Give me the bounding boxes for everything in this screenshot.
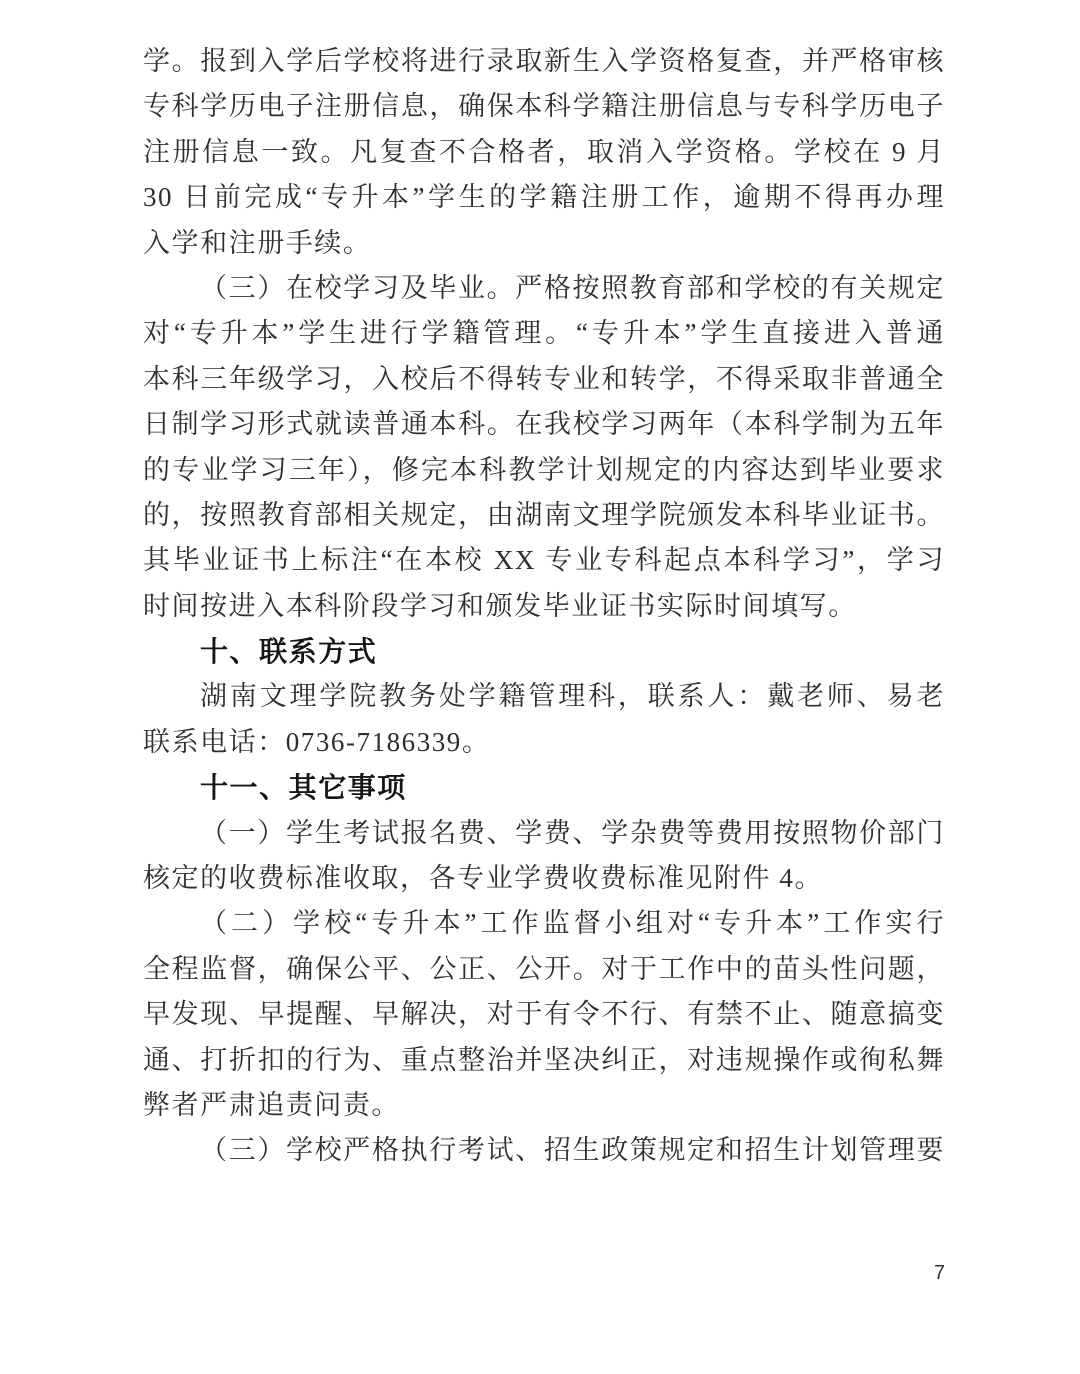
text-line: 其毕业证书上标注“在本校 XX 专业专科起点本科学习”，学习 [143, 538, 945, 583]
text-line: 本科三年级学习，入校后不得转专业和转学，不得采取非普通全 [143, 357, 945, 402]
text-line: 对“专升本”学生进行学籍管理。“专升本”学生直接进入普通 [143, 311, 945, 356]
text-line: （二）学校“专升本”工作监督小组对“专升本”工作实行 [143, 901, 945, 946]
text-line: 全程监督，确保公平、公正、公开。对于工作中的苗头性问题， [143, 947, 945, 992]
text-line: 的，按照教育部相关规定，由湖南文理学院颁发本科毕业证书。 [143, 493, 945, 538]
text-line: （三）学校严格执行考试、招生政策规定和招生计划管理要 [143, 1128, 945, 1173]
text-line: 湖南文理学院教务处学籍管理科，联系人：戴老师、易老师， [143, 674, 945, 719]
text-line: 注册信息一致。凡复查不合格者，取消入学资格。学校在 9 月 [143, 130, 945, 175]
section-heading: 十一、其它事项 [143, 765, 945, 810]
text-line: 30 日前完成“专升本”学生的学籍注册工作，逾期不得再办理 [143, 175, 945, 220]
text-line: 专科学历电子注册信息，确保本科学籍注册信息与专科学历电子 [143, 84, 945, 129]
text-line: 联系电话：0736-7186339。 [143, 720, 945, 765]
text-line: （一）学生考试报名费、学费、学杂费等费用按照物价部门 [143, 811, 945, 856]
text-line: 通、打折扣的行为、重点整治并坚决纠正，对违规操作或徇私舞 [143, 1038, 945, 1083]
text-line: 日制学习形式就读普通本科。在我校学习两年（本科学制为五年 [143, 402, 945, 447]
text-line: 弊者严肃追责问责。 [143, 1083, 945, 1128]
page-number: 7 [934, 1262, 945, 1285]
text-line: 学。报到入学后学校将进行录取新生入学资格复查，并严格审核 [143, 39, 945, 84]
text-line: 核定的收费标准收取，各专业学费收费标准见附件 4。 [143, 856, 945, 901]
section-heading: 十、联系方式 [143, 629, 945, 674]
text-line: 入学和注册手续。 [143, 221, 945, 266]
text-line: 的专业学习三年），修完本科教学计划规定的内容达到毕业要求 [143, 448, 945, 493]
text-line: （三）在校学习及毕业。严格按照教育部和学校的有关规定 [143, 266, 945, 311]
document-page: 学。报到入学后学校将进行录取新生入学资格复查，并严格审核专科学历电子注册信息，确… [0, 0, 1080, 1374]
document-text-block: 学。报到入学后学校将进行录取新生入学资格复查，并严格审核专科学历电子注册信息，确… [143, 39, 945, 1174]
text-line: 时间按进入本科阶段学习和颁发毕业证书实际时间填写。 [143, 584, 945, 629]
text-line: 早发现、早提醒、早解决，对于有令不行、有禁不止、随意搞变 [143, 992, 945, 1037]
